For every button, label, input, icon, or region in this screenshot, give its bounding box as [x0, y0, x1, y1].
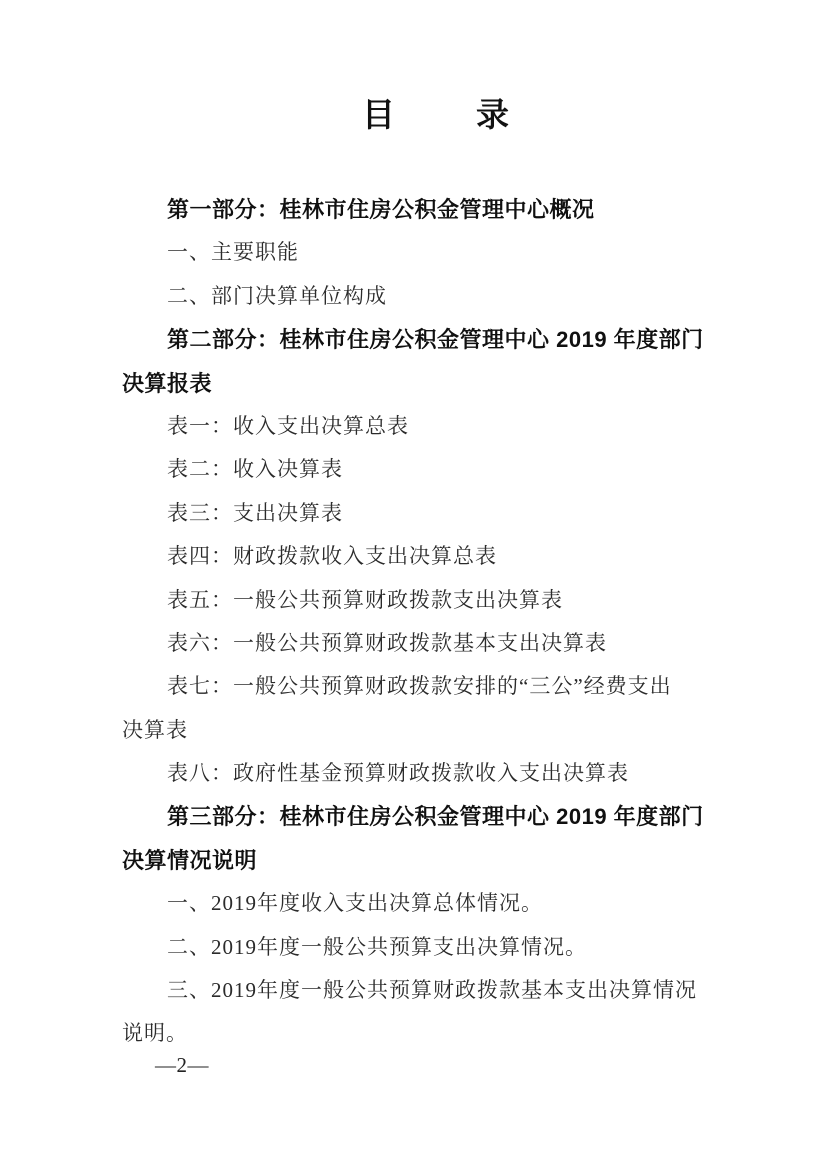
table-of-contents: 第一部分：桂林市住房公积金管理中心概况 一、主要职能 二、部门决算单位构成 第二… [122, 188, 782, 1056]
toc-item-table3: 表三：支出决算表 [122, 492, 782, 535]
document-title: 目 录 [122, 95, 714, 137]
toc-item-table6: 表六：一般公共预算财政拨款基本支出决算表 [122, 622, 782, 665]
toc-heading-part2-line1: 第二部分：桂林市住房公积金管理中心 2019 年度部门 [122, 318, 782, 361]
toc-heading-part2-line2: 决算报表 [122, 362, 782, 405]
toc-item-table2: 表二：收入决算表 [122, 448, 782, 491]
toc-item-table7: 表七：一般公共预算财政拨款安排的“三公”经费支出 [122, 665, 782, 708]
toc-item-table4: 表四：财政拨款收入支出决算总表 [122, 535, 782, 578]
toc-item-note1: 一、2019年度收入支出决算总体情况。 [122, 882, 782, 925]
toc-item-note3: 三、2019年度一般公共预算财政拨款基本支出决算情况 [122, 969, 782, 1012]
toc-item-main-functions: 一、主要职能 [122, 231, 782, 274]
toc-item-table7-continuation: 决算表 [122, 709, 782, 752]
toc-item-table5: 表五：一般公共预算财政拨款支出决算表 [122, 579, 782, 622]
toc-item-note2: 二、2019年度一般公共预算支出决算情况。 [122, 926, 782, 969]
toc-heading-part3-line2: 决算情况说明 [122, 839, 782, 882]
document-page: 目 录 第一部分：桂林市住房公积金管理中心概况 一、主要职能 二、部门决算单位构… [0, 0, 826, 1169]
toc-item-table8: 表八：政府性基金预算财政拨款收入支出决算表 [122, 752, 782, 795]
toc-heading-part1: 第一部分：桂林市住房公积金管理中心概况 [122, 188, 782, 231]
toc-item-unit-composition: 二、部门决算单位构成 [122, 275, 782, 318]
toc-item-note3-continuation: 说明。 [122, 1012, 782, 1055]
toc-heading-part3-line1: 第三部分：桂林市住房公积金管理中心 2019 年度部门 [122, 795, 782, 838]
toc-item-table1: 表一：收入支出决算总表 [122, 405, 782, 448]
page-number: —2— [155, 1045, 209, 1085]
